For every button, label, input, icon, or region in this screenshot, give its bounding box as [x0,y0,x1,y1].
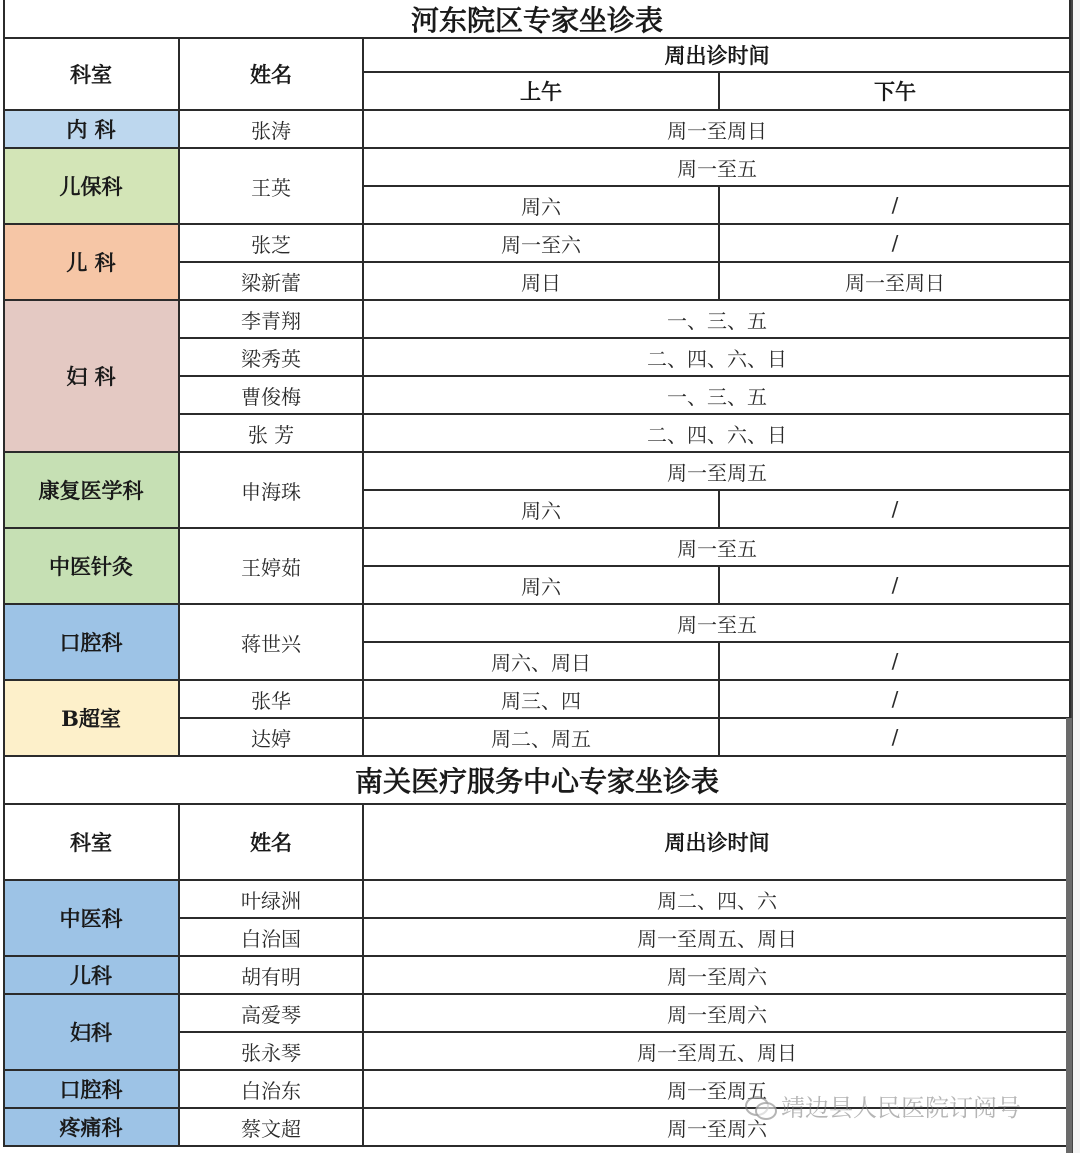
schedule-full: 周一至周六 [363,994,1071,1032]
grid-line [178,38,180,756]
doctor-name: 张芝 [179,224,363,262]
grid-line [3,299,1071,301]
dept-pediatrics: 儿 科 [3,224,179,300]
grid-line [3,109,1071,111]
schedule-morning: 周一至六 [363,224,719,262]
grid-line [3,527,1071,529]
dept-tcm: 中医科 [3,880,179,956]
grid-line [179,1031,1071,1033]
grid-line [3,955,1071,957]
schedule-full: 周一至五 [363,148,1071,186]
grid-line [179,717,1071,719]
doctor-name: 高爱琴 [179,994,363,1032]
sheet-margin [1073,0,1080,1153]
grid-line [179,917,1071,919]
schedule-afternoon: / [719,490,1071,528]
schedule-full: 周一至周五、周日 [363,918,1071,956]
dept-internal-medicine: 内 科 [3,110,179,148]
grid-line [718,642,720,756]
schedule-morning: 周三、四 [363,680,719,718]
schedule-morning: 周六 [363,566,719,604]
schedule-full: 周一至周五 [363,452,1071,490]
schedule-full: 二、四、六、日 [363,338,1071,376]
grid-line [363,641,1071,643]
nanguan-header-schedule: 周出诊时间 [363,804,1071,880]
schedule-afternoon: 周一至周日 [719,262,1071,300]
grid-line [3,223,1071,225]
schedule-full: 周一至五 [363,528,1071,566]
doctor-name: 白治国 [179,918,363,956]
doctor-name: 王婷茹 [179,528,363,604]
grid-line [718,186,720,300]
doctor-name: 胡有明 [179,956,363,994]
grid-line [362,38,364,756]
grid-line [363,185,1071,187]
hedong-header-afternoon: 下午 [719,72,1071,110]
dept-pain: 疼痛科 [3,1108,179,1146]
schedule-morning: 周六、周日 [363,642,719,680]
hedong-header-schedule: 周出诊时间 [363,38,1071,72]
schedule-full: 周一至五 [363,604,1071,642]
grid-line [178,804,180,1147]
doctor-name: 蒋世兴 [179,604,363,680]
schedule-full: 周一至周日 [363,110,1071,148]
doctor-name: 曹俊梅 [179,376,363,414]
doctor-name: 达婷 [179,718,363,756]
schedule-afternoon: / [719,718,1071,756]
dept-tcm-acupuncture: 中医针灸 [3,528,179,604]
grid-line [3,993,1071,995]
dept-pediatrics-nanguan: 儿科 [3,956,179,994]
dept-child-health: 儿保科 [3,148,179,224]
hedong-header-name: 姓名 [179,38,363,110]
schedule-morning: 周六 [363,490,719,528]
schedule-afternoon: / [719,566,1071,604]
hedong-header-morning: 上午 [363,72,719,110]
schedule-full: 周一至周六 [363,956,1071,994]
grid-line [3,755,1071,757]
grid-line [179,375,1071,377]
schedule-full: 周一至周五、周日 [363,1032,1071,1070]
grid-line [718,72,720,110]
doctor-name: 白治东 [179,1070,363,1108]
schedule-full: 一、三、五 [363,376,1071,414]
schedule-afternoon: / [719,642,1071,680]
nanguan-title: 南关医疗服务中心专家坐诊表 [3,756,1071,804]
doctor-name: 蔡文超 [179,1108,363,1146]
dept-dental: 口腔科 [3,604,179,680]
grid-line [363,489,1071,491]
dept-dental-nanguan: 口腔科 [3,1070,179,1108]
schedule-morning: 周日 [363,262,719,300]
grid-line [3,879,1071,881]
grid-line [179,413,1071,415]
grid-line [179,337,1071,339]
grid-line [3,147,1071,149]
grid-line [3,679,1071,681]
doctor-name: 申海珠 [179,452,363,528]
schedule-full: 二、四、六、日 [363,414,1071,452]
schedule-morning: 周二、周五 [363,718,719,756]
grid-line [179,261,1071,263]
doctor-name: 李青翔 [179,300,363,338]
grid-line [3,603,1071,605]
grid-line [3,1069,1071,1071]
doctor-name: 王英 [179,148,363,224]
vertical-scrollbar[interactable] [1066,718,1072,1153]
doctor-name: 梁秀英 [179,338,363,376]
wechat-icon [745,1094,775,1118]
grid-line [3,0,5,1147]
grid-line [3,451,1071,453]
grid-line [363,565,1071,567]
grid-line [363,71,1071,73]
dept-ultrasound: B超室 [3,680,179,756]
schedule-afternoon: / [719,680,1071,718]
grid-line [3,803,1071,805]
schedule-afternoon: / [719,186,1071,224]
grid-line [718,490,720,528]
schedule-afternoon: / [719,224,1071,262]
doctor-name: 梁新蕾 [179,262,363,300]
schedule-full: 周二、四、六 [363,880,1071,918]
doctor-name: 张涛 [179,110,363,148]
watermark: 靖边县人民医院订阅号 [745,1088,1021,1123]
doctor-name: 张华 [179,680,363,718]
doctor-name: 张永琴 [179,1032,363,1070]
nanguan-header-name: 姓名 [179,804,363,880]
hedong-header-dept: 科室 [3,38,179,110]
grid-line [718,566,720,604]
doctor-name: 张 芳 [179,414,363,452]
schedule-morning: 周六 [363,186,719,224]
dept-rehabilitation: 康复医学科 [3,452,179,528]
watermark-text: 靖边县人民医院订阅号 [781,1088,1021,1123]
schedule-full: 一、三、五 [363,300,1071,338]
grid-line [362,804,364,1147]
grid-line [3,1145,1071,1147]
hedong-title: 河东院区专家坐诊表 [3,0,1071,38]
dept-gynecology: 妇 科 [3,300,179,452]
doctor-name: 叶绿洲 [179,880,363,918]
nanguan-header-dept: 科室 [3,804,179,880]
grid-line [3,37,1071,39]
dept-gynecology-nanguan: 妇科 [3,994,179,1070]
